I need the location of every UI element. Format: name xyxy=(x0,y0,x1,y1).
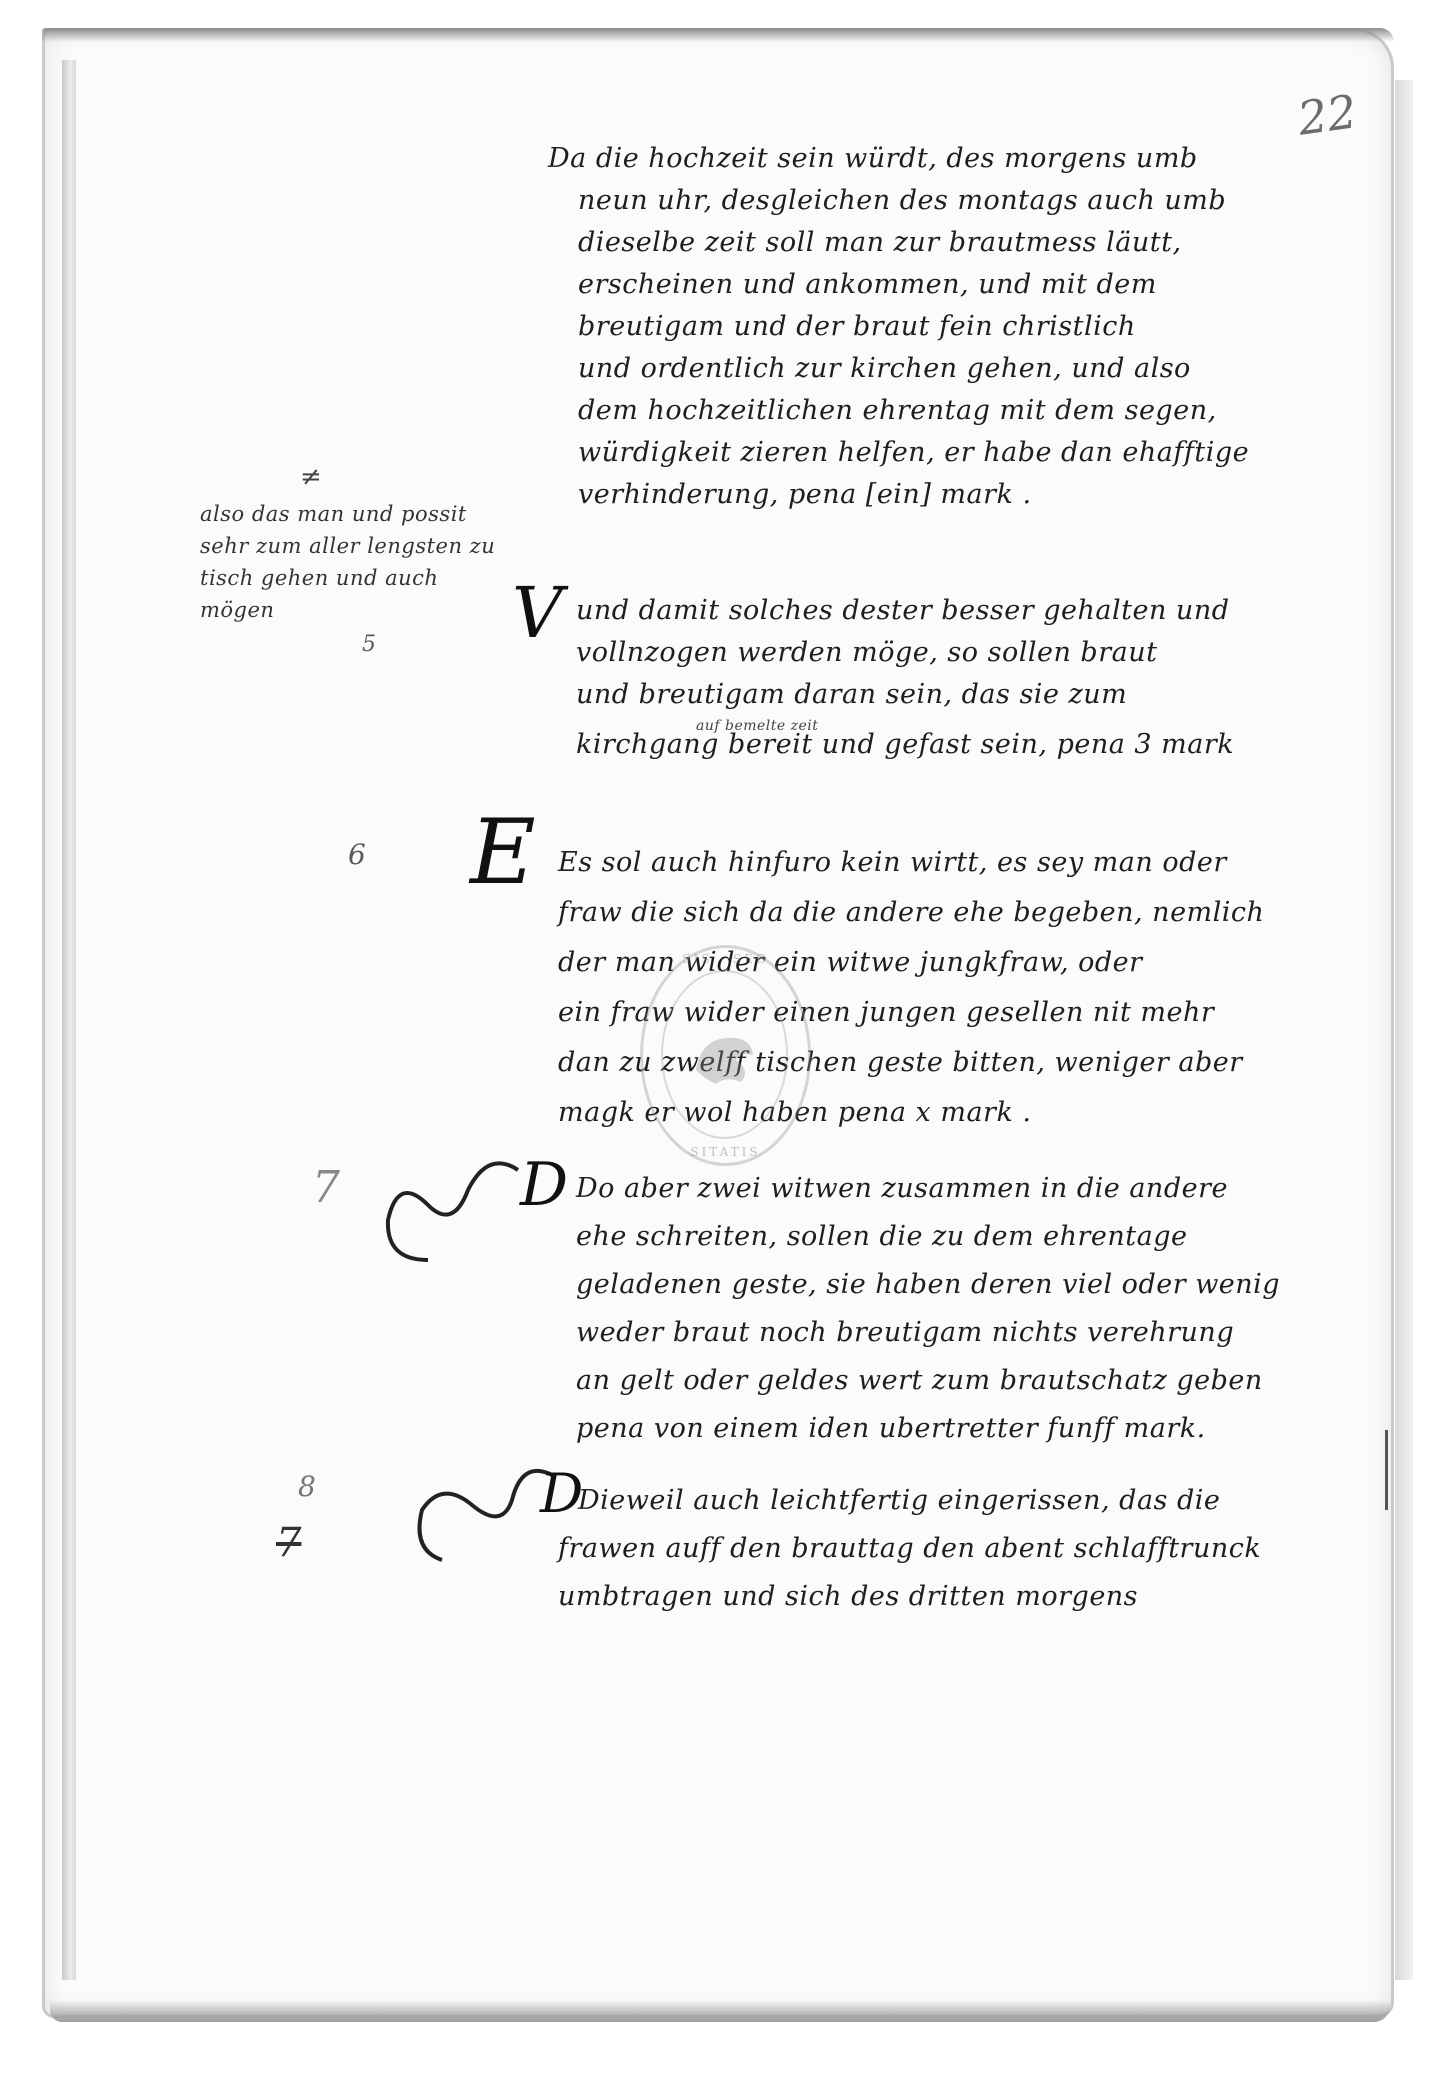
decorated-initial: V xyxy=(512,572,563,654)
text-line: dieselbe zeit soll man zur brautmess läu… xyxy=(548,222,1249,264)
text-line: erscheinen und ankommen, und mit dem xyxy=(548,264,1249,306)
text-line: verhinderung, pena [ein] mark . xyxy=(548,474,1249,516)
text-line: breutigam und der braut fein christlich xyxy=(548,306,1249,348)
insertion-mark: ≠ xyxy=(300,462,322,492)
margin-note-line: sehr zum aller lengsten zu xyxy=(200,530,495,562)
archive-seal-stamp: SIS · SEG SITATIS xyxy=(640,945,811,1166)
text-line: ehe schreiten, sollen die zu dem ehrenta… xyxy=(576,1216,1280,1258)
margin-bracket xyxy=(1385,1430,1388,1510)
paragraph-number: 5 xyxy=(362,632,376,657)
text-line: frawen auff den brauttag den abent schla… xyxy=(558,1528,1261,1570)
text-line: Da die hochzeit sein würdt, des morgens … xyxy=(548,138,1249,180)
text-line: Do aber zwei witwen zusammen in die ande… xyxy=(576,1168,1280,1210)
text-line: würdigkeit zieren helfen, er habe dan eh… xyxy=(548,432,1249,474)
paragraph-opening: Da die hochzeit sein würdt, des morgens … xyxy=(548,138,1249,516)
paragraph-5: und damit solches dester besser gehalten… xyxy=(576,590,1234,766)
paragraph-number: 7 xyxy=(312,1162,340,1213)
text-line: und ordentlich zur kirchen gehen, und al… xyxy=(548,348,1249,390)
decorated-initial: E xyxy=(470,800,536,905)
paragraph-number: 6 xyxy=(348,838,366,871)
paragraph-7: Do aber zwei witwen zusammen in die ande… xyxy=(576,1168,1280,1450)
text-line: Es sol auch hinfuro kein wirtt, es sey m… xyxy=(558,842,1264,884)
page-top-edge xyxy=(42,28,1394,42)
text-line: umbtragen und sich des dritten morgens xyxy=(558,1576,1261,1618)
paragraph-8: Dieweil auch leichtfertig eingerissen, d… xyxy=(558,1480,1261,1618)
margin-note: ≠ also das man und possit sehr zum aller… xyxy=(200,470,495,626)
text-line: fraw die sich da die andere ehe begeben,… xyxy=(558,892,1264,934)
text-line: weder braut noch breutigam nichts verehr… xyxy=(576,1312,1280,1354)
binding-edge xyxy=(62,60,76,1980)
text-line: kirchgang bereit und gefast sein, pena 3… xyxy=(576,724,1234,766)
text-line: vollnzogen werden möge, so sollen braut xyxy=(576,632,1234,674)
initial-flourish-icon xyxy=(368,1150,538,1300)
struck-paragraph-number: 7 xyxy=(276,1520,301,1566)
text-line: geladenen geste, sie haben deren viel od… xyxy=(576,1264,1280,1306)
page-right-edge xyxy=(1395,80,1413,1980)
page-bottom-edge xyxy=(50,2000,1390,2022)
margin-note-line: tisch gehen und auch xyxy=(200,562,495,594)
text-line: pena von einem iden ubertretter funff ma… xyxy=(576,1408,1280,1450)
margin-note-line: also das man und possit xyxy=(200,498,495,530)
text-line: Dieweil auch leichtfertig eingerissen, d… xyxy=(558,1480,1261,1522)
decorated-initial: D xyxy=(520,1150,568,1220)
text-line: dem hochzeitlichen ehrentag mit dem sege… xyxy=(548,390,1249,432)
paragraph-number: 8 xyxy=(298,1470,316,1503)
lion-emblem-icon xyxy=(681,1010,771,1100)
seal-text-bottom: SITATIS xyxy=(643,1145,808,1159)
text-line: und damit solches dester besser gehalten… xyxy=(576,590,1234,632)
text-line: an gelt oder geldes wert zum brautschatz… xyxy=(576,1360,1280,1402)
text-line: neun uhr, desgleichen des montags auch u… xyxy=(548,180,1249,222)
seal-text-top: SIS · SEG xyxy=(643,952,808,966)
folio-number: 22 xyxy=(1295,84,1360,146)
margin-note-line: mögen xyxy=(200,594,495,626)
text-line: und breutigam daran sein, das sie zum xyxy=(576,674,1234,716)
interlinear-insertion: auf bemelte zeit xyxy=(696,718,818,734)
